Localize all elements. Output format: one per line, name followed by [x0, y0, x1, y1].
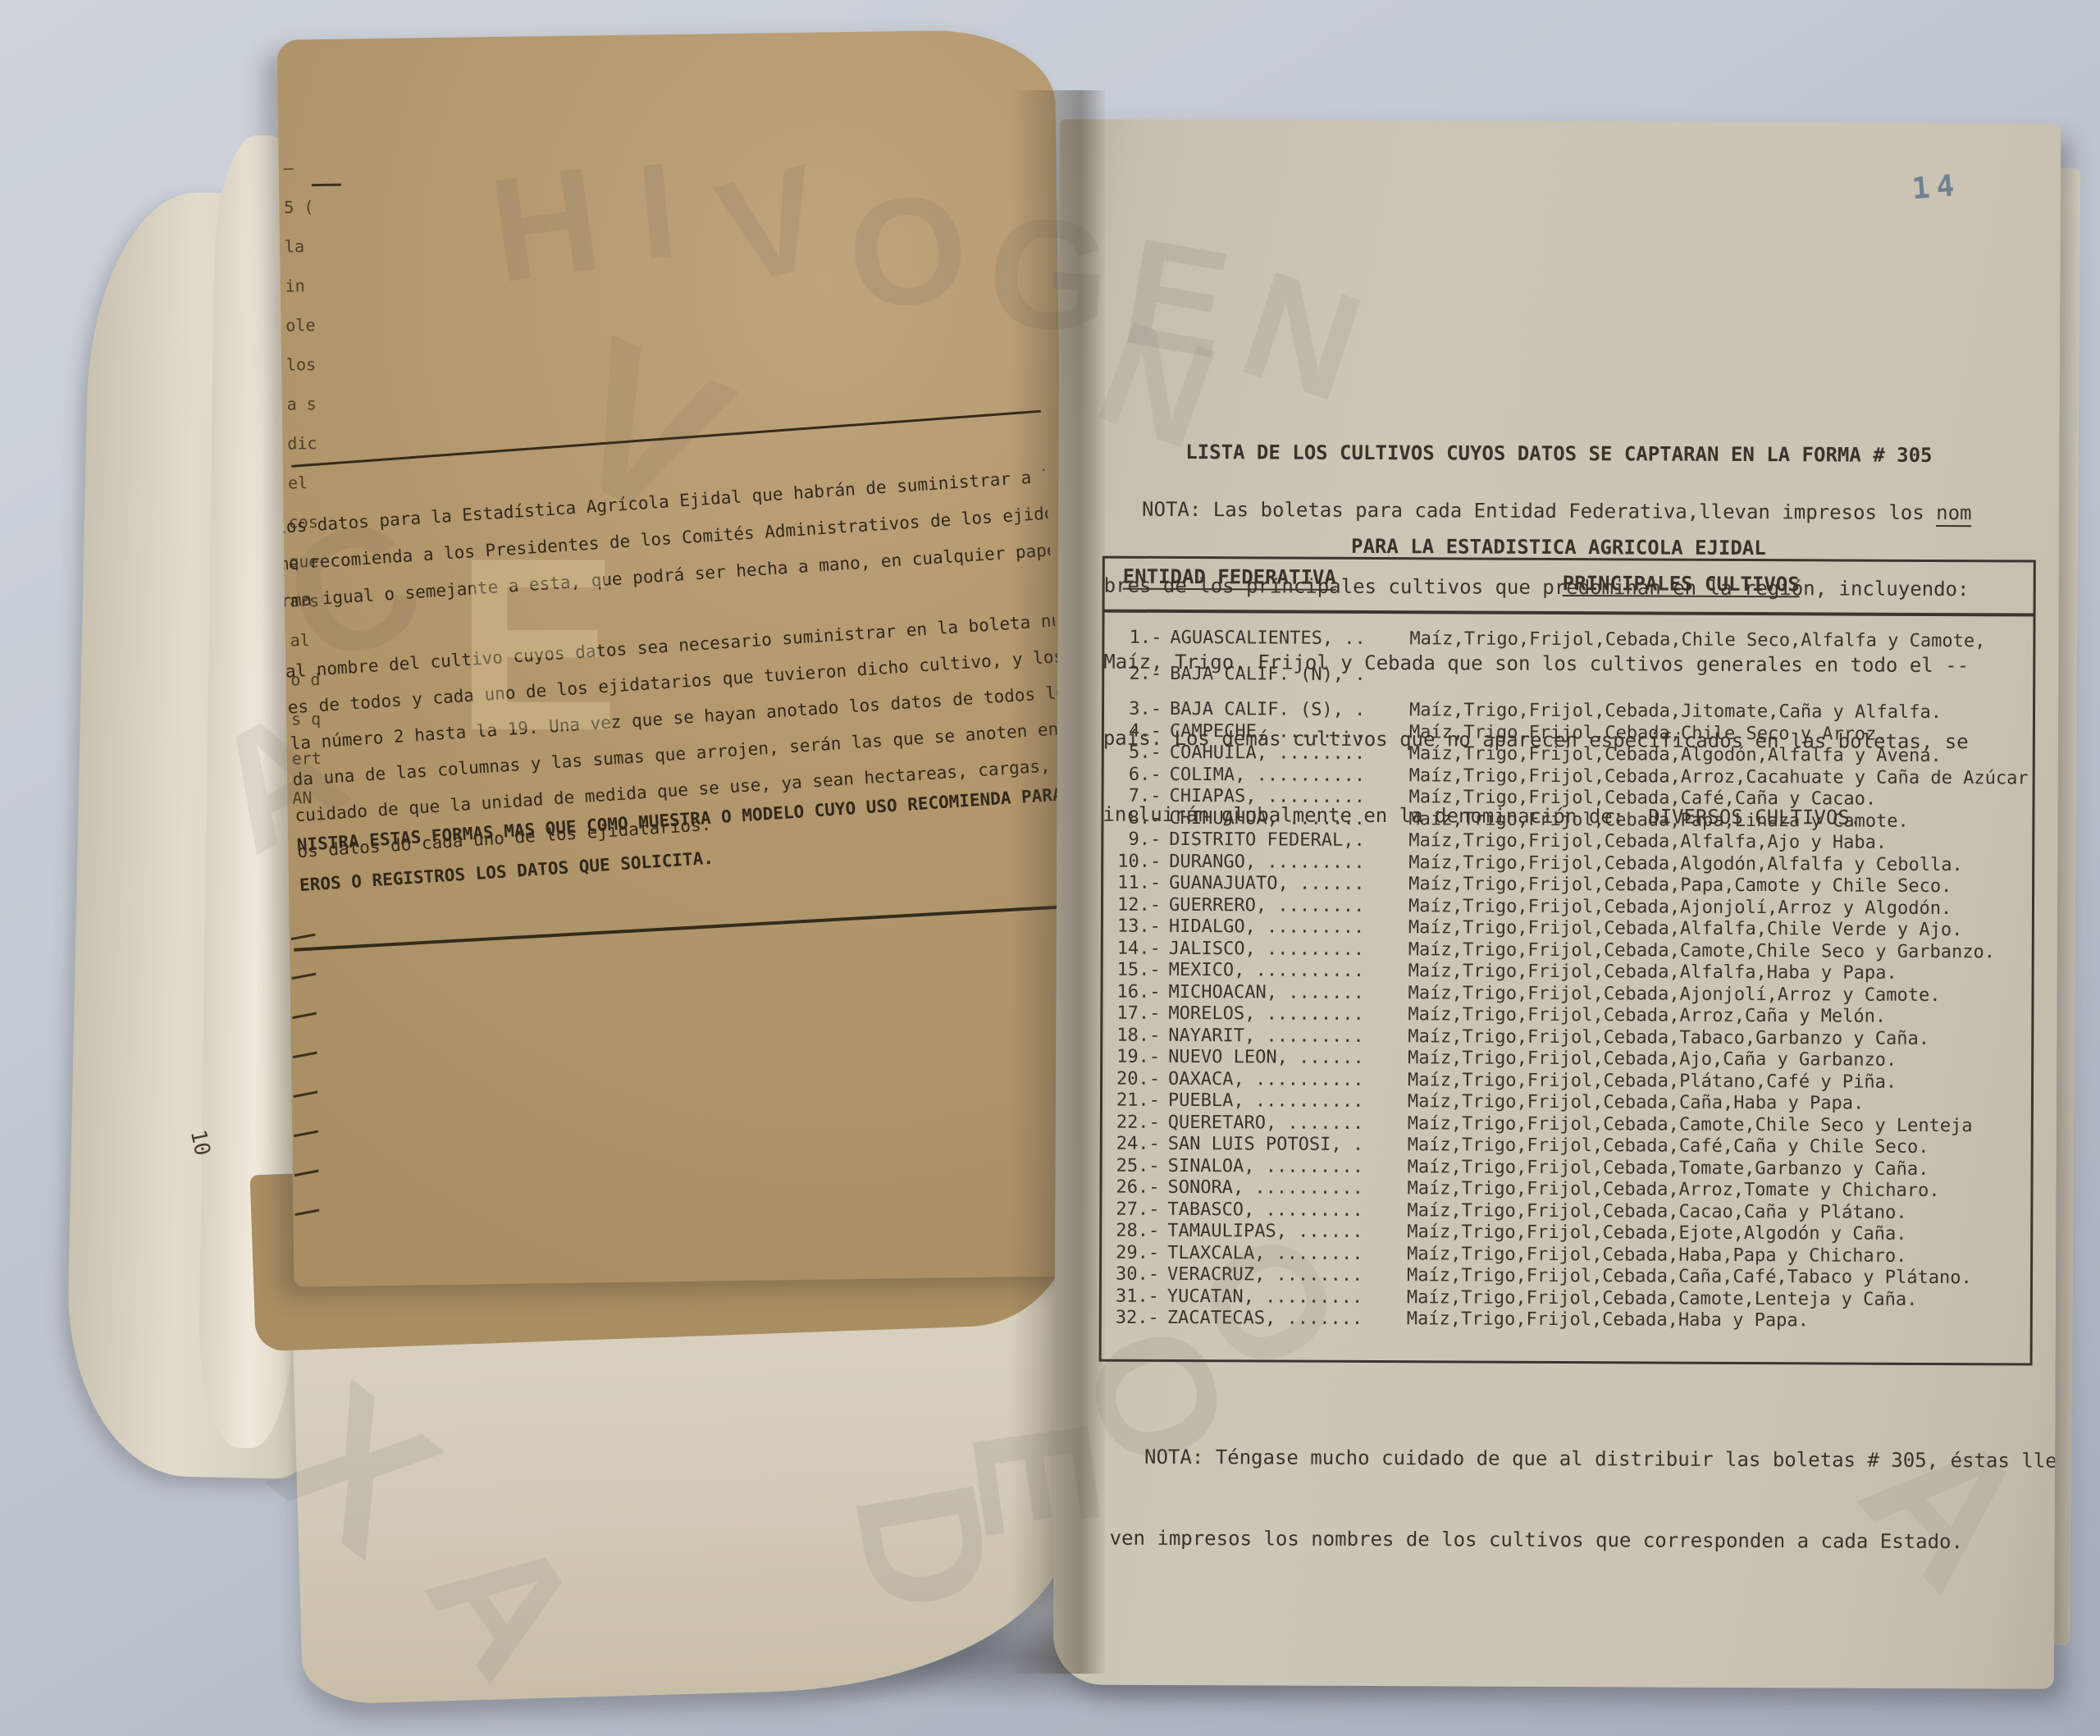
crops-list: Maíz,Trigo,Frijol,Cebada,Caña,Haba y Pap… — [1408, 1091, 2028, 1116]
state-name: ZACATECAS, ....... — [1167, 1308, 1407, 1331]
state-name: COLIMA, .......... — [1170, 764, 1409, 787]
row-number: 22.- — [1109, 1112, 1168, 1134]
margin-tick — [293, 1052, 317, 1059]
state-name: OAXACA, .......... — [1168, 1068, 1408, 1091]
row-number: 10.- — [1110, 851, 1169, 873]
state-name: AGUASCALIENTES, .. — [1170, 628, 1409, 651]
row-number: 18.- — [1109, 1025, 1168, 1047]
left-rule-bottom — [294, 904, 1071, 951]
state-name: TAMAULIPAS, ...... — [1167, 1221, 1407, 1244]
row-number: 6.- — [1111, 764, 1170, 786]
state-name: BAJA CALIF. (S), . — [1170, 699, 1409, 722]
state-name: MICHOACAN, ....... — [1168, 981, 1408, 1004]
state-name: BAJA CALIF. (N), . — [1170, 663, 1409, 686]
margin-fragment: 5 ( — [284, 187, 342, 227]
margin-tick — [293, 1091, 317, 1099]
row-number: 19.- — [1109, 1047, 1168, 1069]
crops-list: Maíz,Trigo,Frijol,Cebada,Café,Caña y Chi… — [1408, 1135, 2028, 1159]
state-name: VERACRUZ, ........ — [1167, 1264, 1407, 1287]
margin-tick — [294, 1170, 319, 1177]
state-name: QUERETARO, ....... — [1168, 1112, 1408, 1135]
right-page: 14 LISTA DE LOS CULTIVOS CUYOS DATOS SE … — [1053, 119, 2061, 1688]
table-rows: 1.-AGUASCALIENTES, ..Maíz,Trigo,Frijol,C… — [1108, 628, 2030, 1333]
row-number: 31.- — [1108, 1286, 1167, 1308]
state-name: MORELOS, ......... — [1168, 1003, 1408, 1026]
left-rule-top — [291, 410, 1041, 468]
crops-list: Maíz,Trigo,Frijol,Cebada,Ejote,Algodón y… — [1407, 1222, 2027, 1246]
crops-list: Maíz,Trigo,Frijol,Cebada,Chile Seco,Alfa… — [1409, 628, 2029, 653]
row-number: 30.- — [1108, 1264, 1167, 1286]
crops-list: Maíz,Trigo,Frijol,Cebada,Ajonjolí,Arroz … — [1408, 983, 2028, 1007]
crops-list: Maíz,Trigo,Frijol,Cebada,Ajonjolí,Arroz … — [1408, 896, 2029, 921]
crops-table: ENTIDAD FEDERATIVA PRINCIPALES CULTIVOS … — [1099, 556, 2036, 1366]
row-number: 14.- — [1110, 938, 1169, 960]
state-name: DISTRITO FEDERAL,. — [1169, 829, 1408, 852]
row-number: 28.- — [1108, 1221, 1167, 1243]
row-number: 25.- — [1109, 1155, 1168, 1177]
state-name: MEXICO, .......... — [1169, 960, 1408, 983]
bottom-note: NOTA: Téngase mucho cuidado de que al di… — [1109, 1390, 2053, 1610]
row-number: 3.- — [1111, 699, 1170, 721]
crops-list: Maíz,Trigo,Frijol,Cebada,Tabaco,Garbanzo… — [1408, 1026, 2028, 1051]
crops-list: Maíz,Trigo,Frijol,Cebada,Arroz,Caña y Me… — [1408, 1004, 2028, 1029]
row-number: 20.- — [1109, 1068, 1168, 1090]
row-number: 27.- — [1108, 1199, 1167, 1221]
row-number: 26.- — [1108, 1177, 1167, 1199]
table-row: 1.-AGUASCALIENTES, ..Maíz,Trigo,Frijol,C… — [1111, 628, 2029, 653]
state-name: YUCATAN, ......... — [1167, 1286, 1407, 1309]
crops-list: Maíz,Trigo,Frijol,Cebada,Jitomate,Caña y… — [1409, 700, 2029, 724]
state-name: COAHUILA, ........ — [1170, 742, 1409, 765]
state-name: NAYARIT, ......... — [1168, 1025, 1408, 1048]
state-name: NUEVO LEON, ...... — [1168, 1047, 1408, 1070]
crops-list: Maíz,Trigo,Frijol,Cebada,Papa,Linaza y C… — [1408, 809, 2029, 834]
state-name: HIDALGO, ......... — [1169, 916, 1408, 939]
state-name: PUEBLA, .......... — [1168, 1090, 1408, 1113]
margin-fragment: a s — [286, 384, 345, 424]
crops-list: Maíz,Trigo,Frijol,Cebada,Caña,Café,Tabac… — [1407, 1265, 2027, 1290]
row-number: 8.- — [1110, 807, 1169, 829]
table-row: 32.-ZACATECAS, .......Maíz,Trigo,Frijol,… — [1108, 1308, 2027, 1333]
row-number: 12.- — [1110, 894, 1169, 916]
crops-list: Maíz,Trigo,Frijol,Cebada,Ajo,Caña y Garb… — [1408, 1048, 2028, 1072]
state-name: GUERRERO, ........ — [1169, 894, 1408, 917]
row-number: 13.- — [1110, 916, 1169, 939]
row-number: 32.- — [1108, 1308, 1167, 1330]
page-number: 14 — [1911, 169, 1962, 207]
state-name: SINALOA, ......... — [1168, 1155, 1408, 1178]
crops-list: Maíz,Trigo,Frijol,Cebada,Alfalfa,Chile V… — [1408, 917, 2029, 942]
margin-tick — [294, 1131, 318, 1138]
photo-scene: —5 (lainolelosa sdicelcosquearsalo ds qe… — [0, 0, 2100, 1736]
state-name: SONORA, .......... — [1167, 1177, 1407, 1200]
row-number: 24.- — [1109, 1134, 1168, 1156]
crops-list: Maíz,Trigo,Frijol,Cebada,Camote,Lenteja … — [1407, 1287, 2027, 1312]
state-name: SAN LUIS POTOSI, . — [1168, 1134, 1408, 1157]
table-row: 2.-BAJA CALIF. (N), . — [1111, 663, 2029, 688]
left-text-block-a: los datos para la Estadística Agrícola E… — [276, 459, 1051, 620]
state-name: CAMPECHE, ........ — [1170, 720, 1409, 743]
row-number: 17.- — [1109, 1003, 1168, 1026]
crops-list: Maíz,Trigo,Frijol,Cebada,Haba y Papa. — [1407, 1309, 2027, 1333]
state-name: GUANAJUATO, ...... — [1169, 873, 1408, 896]
column-header-entidad: ENTIDAD FEDERATIVA — [1123, 565, 1336, 591]
row-number: 7.- — [1111, 786, 1170, 808]
bottom-note-line: NOTA: Téngase mucho cuidado de que al di… — [1110, 1444, 2053, 1475]
row-number: 2.- — [1111, 663, 1170, 685]
crops-list: Maíz,Trigo,Frijol,Cebada,Arroz,Tomate y … — [1407, 1178, 2027, 1203]
crops-list: Maíz,Trigo,Frijol,Cebada,Cacao,Caña y Pl… — [1407, 1200, 2027, 1225]
row-number: 5.- — [1111, 742, 1170, 765]
crops-list: Maíz,Trigo,Frijol,Cebada,Papa,Camote y C… — [1408, 874, 2029, 898]
state-name: TLAXCALA, ........ — [1167, 1242, 1407, 1265]
intro-note-line: NOTA: Las boletas para cada Entidad Fede… — [1104, 497, 2039, 527]
column-header-cultivos: PRINCIPALES CULTIVOS — [1563, 572, 1800, 597]
crops-list: Maíz,Trigo,Frijol,Cebada,Chile Seco y Ar… — [1409, 722, 2029, 747]
row-number: 4.- — [1111, 720, 1170, 742]
left-kraft-page: —5 (lainolelosa sdicelcosquearsalo ds qe… — [276, 29, 1071, 1286]
margin-fragment: la — [285, 226, 343, 267]
corner-page-marker: 10 — [185, 1128, 215, 1158]
intro-note-text: NOTA: Las boletas para cada Entidad Fede… — [1142, 498, 1936, 524]
row-number: 16.- — [1109, 981, 1168, 1003]
margin-fragment: — — [283, 148, 341, 188]
row-number: 1.- — [1111, 628, 1170, 650]
margin-fragment: ole — [285, 305, 344, 345]
crops-list: Maíz,Trigo,Frijol,Cebada,Alfalfa,Haba y … — [1408, 961, 2029, 985]
crops-list: Maíz,Trigo,Frijol,Cebada,Algodón,Alfalfa… — [1408, 852, 2029, 877]
crops-list: Maíz,Trigo,Frijol,Cebada,Arroz,Cacahuate… — [1409, 765, 2029, 790]
margin-fragment: in — [285, 266, 343, 306]
row-number: 9.- — [1110, 829, 1169, 852]
crops-list: Maíz,Trigo,Frijol,Cebada,Camote,Chile Se… — [1408, 1113, 2028, 1138]
crops-list: Maíz,Trigo,Frijol,Cebada,Tomate,Garbanzo… — [1408, 1157, 2028, 1181]
state-name: DURANGO, ......... — [1169, 851, 1408, 874]
header-rule — [1102, 610, 2036, 617]
crops-list: Maíz,Trigo,Frijol,Cebada,Algodón,Alfalfa… — [1409, 743, 2029, 768]
crops-list: Maíz,Trigo,Frijol,Cebada,Café,Caña y Cac… — [1409, 787, 2029, 811]
underlined-syllable: nom — [1936, 501, 1971, 527]
row-number: 21.- — [1109, 1090, 1168, 1112]
crops-list: Maíz,Trigo,Frijol,Cebada,Plátano,Café y … — [1408, 1070, 2028, 1094]
state-name: CHIHUAHUA, ....... — [1169, 807, 1408, 830]
row-number: 11.- — [1110, 873, 1169, 895]
state-name: CHIAPAS, ......... — [1170, 786, 1409, 809]
crops-list: Maíz,Trigo,Frijol,Cebada,Haba,Papa y Chi… — [1407, 1244, 2027, 1268]
crops-list: Maíz,Trigo,Frijol,Cebada,Camote,Chile Se… — [1408, 939, 2029, 964]
crops-list: Maíz,Trigo,Frijol,Cebada,Alfalfa,Ajo y H… — [1408, 830, 2029, 855]
margin-fragment: los — [286, 345, 345, 385]
left-page-text: los datos para la Estadística Agrícola E… — [276, 409, 1071, 1017]
bottom-note-line: ven impresos los nombres de los cultivos… — [1110, 1525, 2053, 1556]
state-name: JALISCO, ......... — [1169, 938, 1408, 961]
margin-tick — [294, 1209, 319, 1217]
state-name: TABASCO, ......... — [1167, 1199, 1407, 1222]
crops-list — [1409, 665, 2029, 689]
row-number: 29.- — [1108, 1242, 1167, 1264]
row-number: 15.- — [1110, 960, 1169, 982]
